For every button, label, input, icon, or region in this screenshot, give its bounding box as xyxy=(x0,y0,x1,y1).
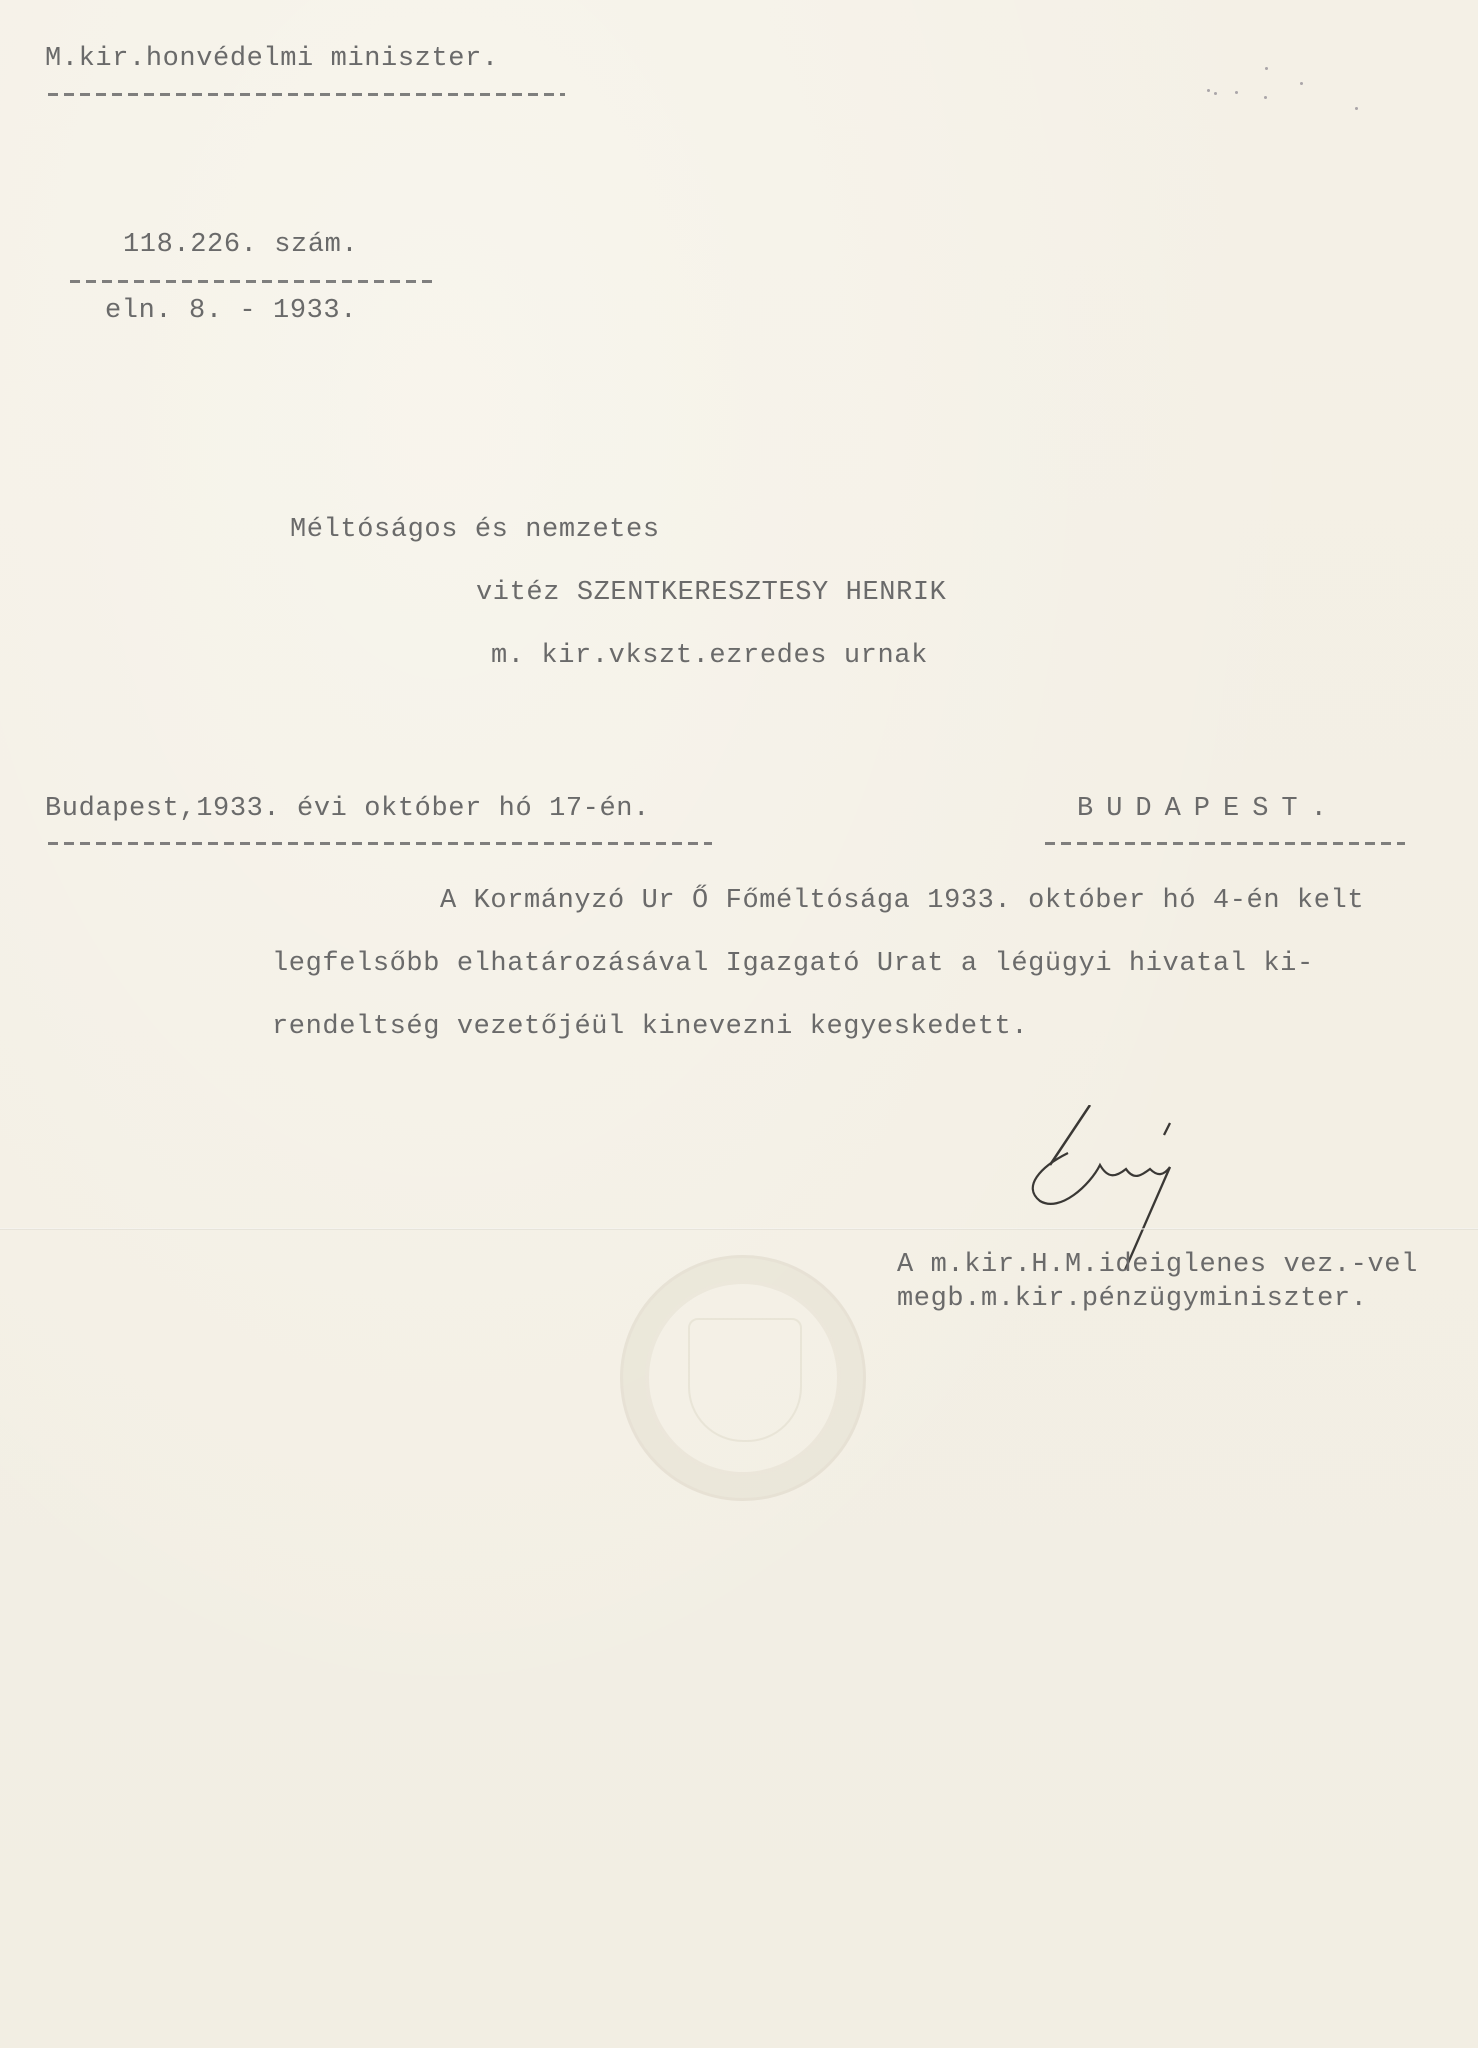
signature-block-line-2: megb.m.kir.pénzügyminiszter. xyxy=(897,1286,1367,1313)
reference-underline xyxy=(70,280,436,283)
signature-block-line-1: A m.kir.H.M.ideiglenes vez.-vel xyxy=(897,1252,1418,1279)
destination-underline xyxy=(1045,842,1405,845)
addressee-title: m. kir.vkszt.ezredes urnak xyxy=(491,643,928,670)
body-line-2: legfelsőbb elhatározásával Igazgató Urat… xyxy=(272,951,1314,978)
issuer-heading: M.kir.honvédelmi miniszter. xyxy=(45,46,499,73)
reference-sub: eln. 8. - 1933. xyxy=(105,298,357,325)
issuer-underline xyxy=(48,93,565,96)
place-date: Budapest,1933. évi október hó 17-én. xyxy=(45,796,650,823)
embossed-seal-icon xyxy=(620,1255,866,1501)
reference-number: 118.226. szám. xyxy=(123,232,358,259)
body-line-3: rendeltség vezetőjéül kinevezni kegyeske… xyxy=(272,1014,1028,1041)
seal-crest-icon xyxy=(688,1318,802,1442)
body-line-1: A Kormányzó Ur Ő Főméltósága 1933. októb… xyxy=(440,888,1364,915)
destination-city: BUDAPEST. xyxy=(1077,796,1340,823)
paper-fold-line xyxy=(0,1228,1478,1230)
addressee-name: vitéz SZENTKERESZTESY HENRIK xyxy=(476,580,946,607)
addressee-salutation: Méltóságos és nemzetes xyxy=(290,517,660,544)
handwritten-signature-icon xyxy=(1030,1105,1270,1365)
place-date-underline xyxy=(48,842,712,845)
